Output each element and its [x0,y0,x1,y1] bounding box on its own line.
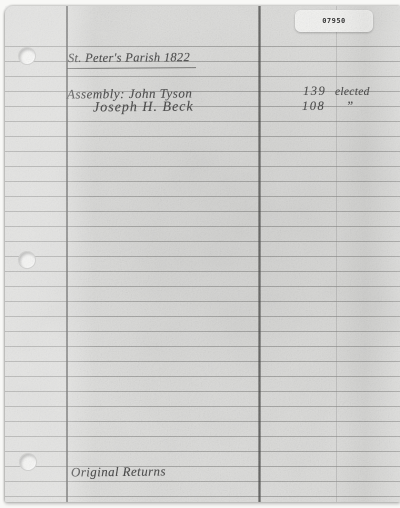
catalog-label: 07950 [295,10,373,32]
punch-hole [18,47,36,65]
vote-count: 108 [302,99,325,114]
left-margin-line [66,6,68,502]
column-divider-line [258,6,261,502]
result-note: elected [335,86,370,98]
punch-hole [19,453,37,471]
ditto-mark: ” [346,98,353,114]
entry-label: Joseph H. Beck [93,100,194,117]
ruled-lines [5,46,400,497]
page-title: St. Peter's Parish 1822 [67,50,196,69]
vote-count: 139 [303,84,326,99]
ledger-page: 07950 St. Peter's Parish 1822 Assembly: … [5,6,400,502]
footer-note: Original Returns [71,464,166,481]
punch-hole [18,251,36,269]
catalog-number: 07950 [322,17,346,25]
faint-fold-line [336,6,337,502]
